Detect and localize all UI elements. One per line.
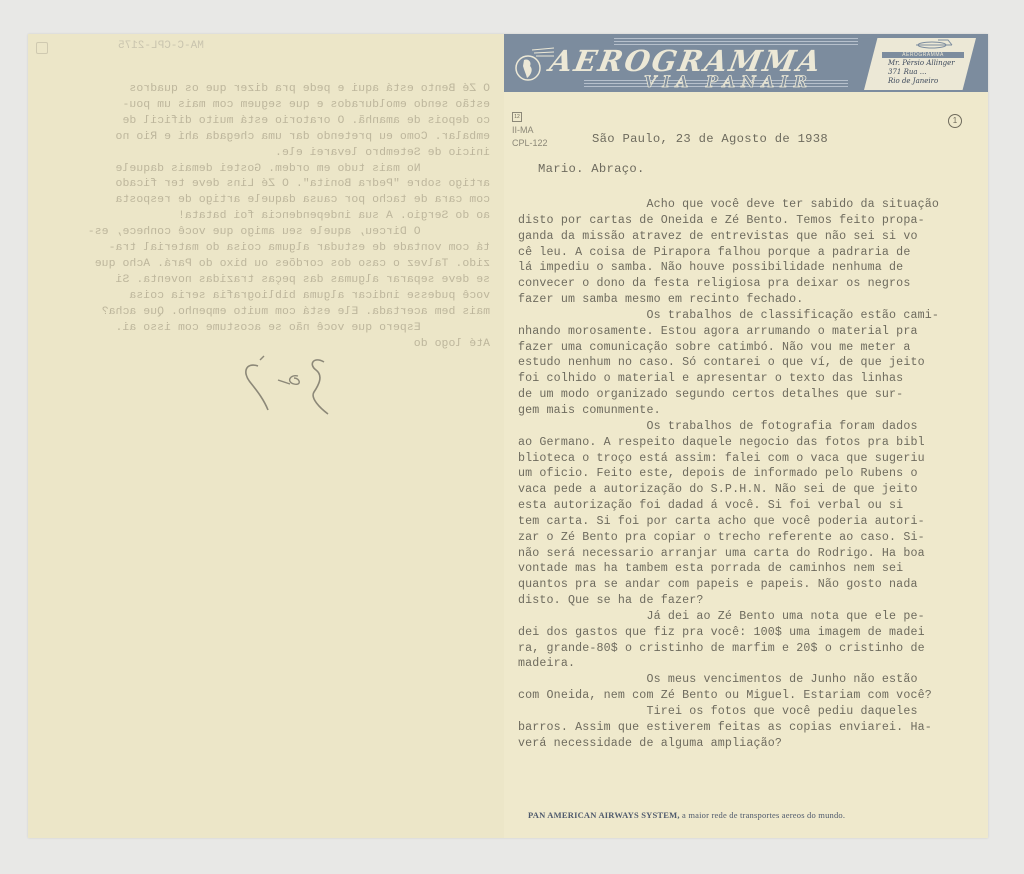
archive-reference-mirrored: MA-C-CPL-2175 (118, 40, 204, 52)
signature-icon (228, 352, 348, 422)
text-line: Os meus vencimentos de Junho não estão (518, 672, 988, 688)
address-box: AEROGRAMMA Mr. Pérsio Allinger 371 Rua .… (864, 38, 976, 90)
text-line: não será necessario arranjar uma carta d… (518, 546, 988, 562)
recipient-address: Mr. Pérsio Allinger 371 Rua ... Rio de J… (888, 59, 968, 86)
archive-reference: II-MA CPL-122 (512, 124, 548, 150)
text-line: vaca pede a autorização do S.P.H.N. Não … (518, 482, 988, 498)
right-page: AEROGRAMMA VIA PANAIR AEROGRAMMA Mr. Pér… (504, 34, 988, 838)
text-line: fazer um samba mesmo em recinto fechado. (518, 292, 988, 308)
text-line: com Oneida, nem com Zé Bento ou Miguel. … (518, 688, 988, 704)
text-line: zar o Zé Bento pra copiar o trecho refer… (518, 530, 988, 546)
bleed-through-text: O Zé Bento está aqui e pede pra dizer qu… (50, 82, 490, 352)
text-line: tem carta. Si foi por carta acho que voc… (518, 514, 988, 530)
text-line: esta autorização foi dadad á você. Si fo… (518, 498, 988, 514)
text-line: embalar. Como eu pretendo dar uma chegad… (50, 130, 490, 146)
text-line: de um modo organizado segundo certos det… (518, 387, 988, 403)
text-line: estudo nenhum no caso. Só contarei o que… (518, 355, 988, 371)
text-line: quantos pra se andar com papeis e papeis… (518, 577, 988, 593)
footer-text: a maior rede de transportes aereos do mu… (680, 810, 846, 820)
globe-wing-icon (514, 44, 554, 84)
text-line: estão sendo emoldurados e que seguem com… (50, 98, 490, 114)
text-line: dei dos gastos que fiz pra você: 100$ um… (518, 625, 988, 641)
text-line: gem mais comunmente. (518, 403, 988, 419)
address-line: Rio de Janeiro (888, 77, 968, 86)
text-line: se deve separar algumas das peças trazid… (50, 273, 490, 289)
letter-body: Acho que você deve ter sabido da situaçã… (518, 197, 988, 752)
text-line: ao Germano. A respeito daquele negocio d… (518, 435, 988, 451)
text-line: O Dircеu, aquele seu amigo que você conh… (50, 225, 490, 241)
text-line: inicio de Setembro levarei ele. (50, 146, 490, 162)
text-line: ao do Sergio. A sua independencia foi ba… (50, 209, 490, 225)
text-line: vontade mas ha tambem esta porrada de ca… (518, 561, 988, 577)
text-line: um oficio. Feito este, depois de informa… (518, 466, 988, 482)
text-line: ra, grande-80$ o cristinho de marfim e 2… (518, 641, 988, 657)
archive-box-number: 12 (512, 112, 522, 122)
text-line: Já dei ao Zé Bento uma nota que ele pe- (518, 609, 988, 625)
address-label: AEROGRAMMA (882, 52, 964, 58)
text-line: você pudesse indicar alguma bibliografia… (50, 289, 490, 305)
text-line: cê leu. A coisa de Pirapora falhou porqu… (518, 245, 988, 261)
page-number: 1 (948, 114, 962, 128)
footer-brand: PAN AMERICAN AIRWAYS SYSTEM, (528, 810, 680, 820)
salutation: Mario. Abraço. (538, 162, 645, 176)
text-line: artigo sobre "Pedra Bonita". O Zé Lins d… (50, 177, 490, 193)
text-line: convecer o dono da festa religiosa pra d… (518, 276, 988, 292)
text-line: com cara de tacho por causa daquele arti… (50, 193, 490, 209)
text-line: ganda da missão atravez de entrevistas q… (518, 229, 988, 245)
text-line: blioteca o troço está assim: falei com o… (518, 451, 988, 467)
dateline: São Paulo, 23 de Agosto de 1938 (592, 132, 828, 146)
address-line: 371 Rua ... (888, 68, 968, 77)
text-line: madeira. (518, 656, 988, 672)
text-line: Acho que você deve ter sabido da situaçã… (518, 197, 988, 213)
text-line: disto. Que se ha de fazer? (518, 593, 988, 609)
text-line: barros. Assim que estiverem feitas as co… (518, 720, 988, 736)
text-line: O Zé Bento está aqui e pede pra dizer qu… (50, 82, 490, 98)
text-line: foi colhido o material e apresentar o te… (518, 371, 988, 387)
text-line: co depois de amanhã. O oratorio está mui… (50, 114, 490, 130)
text-line: Tirei os fotos que você pediu daqueles (518, 704, 988, 720)
archive-ref-line: CPL-122 (512, 138, 548, 148)
text-line: nhando morosamente. Estou agora arrumand… (518, 324, 988, 340)
text-line: disto por cartas de Oneida e Zé Bento. T… (518, 213, 988, 229)
text-line: mais bem acertada. Ele está com muito em… (50, 305, 490, 321)
left-page: MA-C-CPL-2175 O Zé Bento está aqui e ped… (28, 34, 505, 838)
archive-stamp-box (36, 42, 48, 54)
text-line: verá necessidade de alguma ampliação? (518, 736, 988, 752)
text-line: tá com vontade de estudar alguma coisa d… (50, 241, 490, 257)
letterhead-subtitle: VIA PANAIR (644, 72, 813, 91)
aerogramme-sheet: MA-C-CPL-2175 O Zé Bento está aqui e ped… (28, 34, 988, 838)
text-line: Os trabalhos de classificação estão cami… (518, 308, 988, 324)
archive-ref-line: II-MA (512, 125, 534, 135)
letterhead-banner: AEROGRAMMA VIA PANAIR AEROGRAMMA Mr. Pér… (504, 34, 988, 92)
text-line: Os trabalhos de fotografia foram dados (518, 419, 988, 435)
text-line: Até logo do (50, 337, 490, 353)
address-line: Mr. Pérsio Allinger (888, 59, 968, 68)
text-line: lá impediu o samba. Não houve possibilid… (518, 260, 988, 276)
text-line: No mais tudo em ordem. Gostei demais daq… (50, 162, 490, 178)
footer-tagline: PAN AMERICAN AIRWAYS SYSTEM, a maior red… (528, 810, 845, 820)
airplane-icon (912, 39, 958, 51)
text-line: zido. Talvez o caso dos cordões ou bixo … (50, 257, 490, 273)
text-line: Espero que você não se acostume com isso… (50, 321, 490, 337)
text-line: fazer uma comunicação sobre catimbó. Não… (518, 340, 988, 356)
